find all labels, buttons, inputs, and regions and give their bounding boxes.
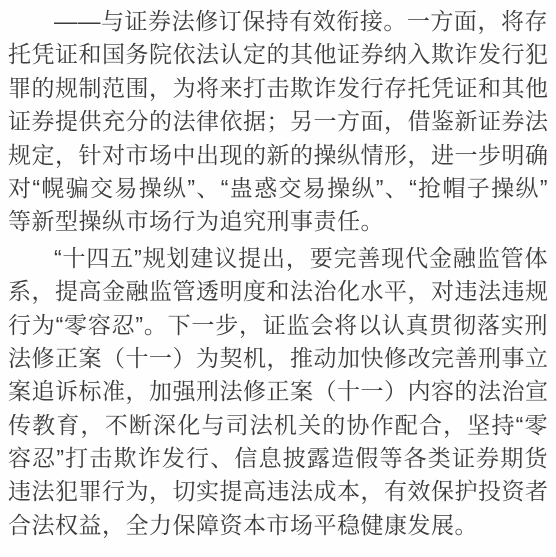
- text-line: 案追诉标准，加强刑法修正案（十一）内容的法治宣: [8, 375, 548, 408]
- text-line: 容忍”打击欺诈发行、信息披露造假等各类证券期货: [8, 442, 548, 475]
- text-line: ——与证券法修订保持有效衔接。一方面，将存: [8, 5, 548, 38]
- paragraph-1: ——与证券法修订保持有效衔接。一方面，将存 托凭证和国务院依法认定的其他证券纳入…: [8, 5, 548, 239]
- article-page: ——与证券法修订保持有效衔接。一方面，将存 托凭证和国务院依法认定的其他证券纳入…: [0, 0, 556, 557]
- text-line: 规定，针对市场中出现的新的操纵情形，进一步明确: [8, 139, 548, 172]
- text-line: 证券提供充分的法律依据；另一方面，借鉴新证券法: [8, 105, 548, 138]
- paragraph-2: “十四五”规划建议提出，要完善现代金融监管体 系，提高金融监管透明度和法治化水平…: [8, 242, 548, 543]
- text-line: 对“幌骗交易操纵”、“蛊惑交易操纵”、“抢帽子操纵”: [8, 172, 548, 205]
- text-line: “十四五”规划建议提出，要完善现代金融监管体: [8, 242, 548, 275]
- text-line: 合法权益，全力保障资本市场平稳健康发展。: [8, 509, 548, 542]
- text-line: 传教育，不断深化与司法机关的协作配合，坚持“零: [8, 409, 548, 442]
- text-line: 罪的规制范围，为将来打击欺诈发行存托凭证和其他: [8, 72, 548, 105]
- text-line: 法修正案（十一）为契机，推动加快修改完善刑事立: [8, 342, 548, 375]
- text-line: 违法犯罪行为，切实提高违法成本，有效保护投资者: [8, 475, 548, 508]
- text-line: 托凭证和国务院依法认定的其他证券纳入欺诈发行犯: [8, 38, 548, 71]
- text-line: 系，提高金融监管透明度和法治化水平，对违法违规: [8, 275, 548, 308]
- text-line: 等新型操纵市场行为追究刑事责任。: [8, 205, 548, 238]
- text-line: 行为“零容忍”。下一步，证监会将以认真贯彻落实刑: [8, 309, 548, 342]
